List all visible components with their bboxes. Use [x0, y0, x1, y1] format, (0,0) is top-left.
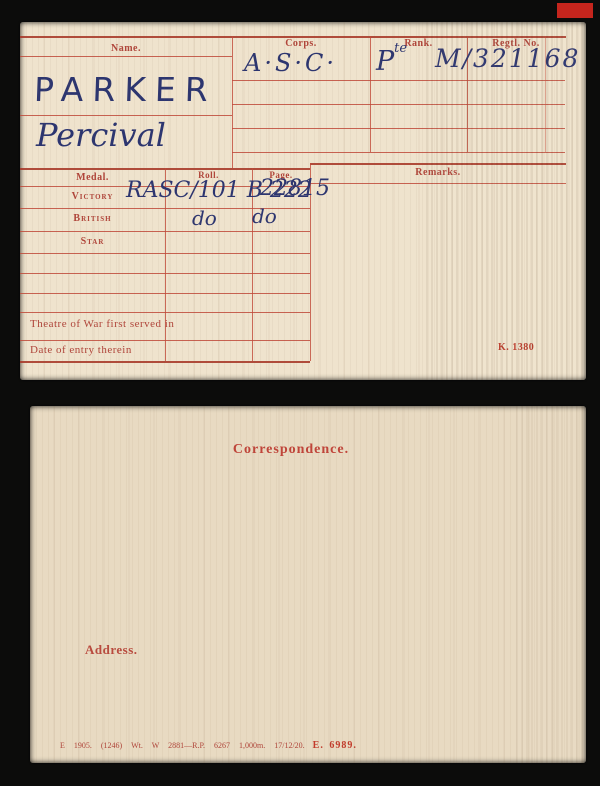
- corps-header: Corps.: [232, 38, 370, 49]
- ruled-line-v: [370, 36, 371, 152]
- ruled-line-h: [232, 104, 565, 105]
- ruled-line-h: [20, 361, 310, 363]
- victory-page-handwriting: 22815: [260, 176, 330, 201]
- rank-value-handwriting: Pte: [376, 46, 407, 77]
- form-number: K. 1380: [498, 342, 534, 353]
- corps-value-handwriting: A·S·C·: [244, 49, 337, 77]
- ruled-line-h: [20, 56, 232, 57]
- regtl-no-value-handwriting: M/321168: [435, 44, 580, 73]
- medal-card-back: Correspondence. Address. E 1905. (1246) …: [30, 406, 586, 763]
- scanned-medal-index-card: Name. Corps. Rank. Regtl. No. Medal. Rol…: [0, 0, 600, 786]
- ruled-line-v: [232, 36, 233, 168]
- imprint-form-code: E. 6989.: [313, 740, 357, 751]
- ruled-line-h: [232, 80, 565, 81]
- red-corner-mark: [557, 3, 593, 18]
- correspondence-title: Correspondence.: [30, 442, 552, 458]
- british-roll-handwriting: do: [192, 206, 217, 230]
- remarks-bottom-line: [310, 183, 566, 184]
- printer-imprint: E 1905. (1246) Wt. W 2881—R.P. 6267 1,00…: [60, 740, 357, 751]
- medal-row-british-label: British: [20, 213, 165, 224]
- remarks-top-line: [310, 163, 566, 165]
- medal-row-star-label: Star: [20, 236, 165, 247]
- surname-handwriting: PARKER: [33, 70, 217, 109]
- date-of-entry-label: Date of entry therein: [30, 344, 132, 356]
- remarks-header: Remarks.: [310, 167, 566, 178]
- theatre-of-war-label: Theatre of War first served in: [30, 318, 174, 330]
- medal-card-front: Name. Corps. Rank. Regtl. No. Medal. Rol…: [20, 22, 586, 380]
- ruled-line-h: [232, 152, 565, 153]
- forename-handwriting: Percival: [36, 116, 166, 154]
- british-page-handwriting: do: [252, 204, 277, 228]
- ruled-line-h: [232, 128, 565, 129]
- name-header: Name.: [20, 43, 232, 54]
- address-label: Address.: [85, 642, 138, 658]
